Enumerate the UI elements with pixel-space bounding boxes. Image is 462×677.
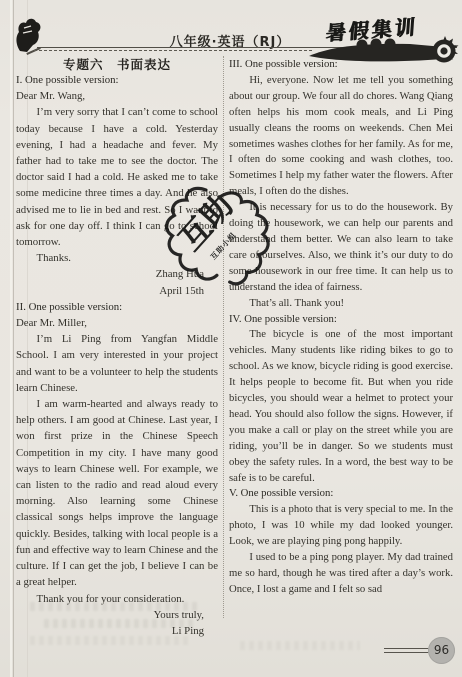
left-text-column: I. One possible version:Dear Mr. Wang,I’… xyxy=(16,72,218,639)
right-text-column: III. One possible version:Hi, everyone. … xyxy=(229,57,453,598)
salutation-block: Dear Mr. Wang, xyxy=(16,88,218,104)
page-number-rule xyxy=(384,648,431,653)
show-through-smudge xyxy=(44,619,194,628)
section-title: 专题六 书面表达 xyxy=(16,55,218,73)
paragraph-block: I’m Li Ping from Yangfan Middle School. … xyxy=(16,331,218,396)
paragraph-block: I used to be a ping pong player. My dad … xyxy=(229,550,453,598)
brand-logo: 暑假集训 xyxy=(308,10,460,58)
show-through-smudge xyxy=(240,641,360,650)
paragraph-block: This is a photo that is very special to … xyxy=(229,502,453,550)
heading-block: IV. One possible version: xyxy=(229,312,453,328)
show-through-smudge xyxy=(30,636,190,645)
header-dashed-rule xyxy=(34,50,312,51)
heading-block: V. One possible version: xyxy=(229,486,453,502)
page-edge-line xyxy=(13,0,14,677)
page-number-badge: 96 xyxy=(428,637,455,664)
paragraph-block: I am warm-hearted and always ready to he… xyxy=(16,396,218,590)
mutual-help-stamp: 互助 互助小组 xyxy=(165,181,271,295)
paragraph-block: The bicycle is one of the most important… xyxy=(229,327,453,486)
heading-block: I. One possible version: xyxy=(16,72,218,88)
page-edge-line xyxy=(10,0,12,677)
salutation-block: Dear Mr. Miller, xyxy=(16,315,218,331)
column-divider xyxy=(223,56,224,618)
heading-block: III. One possible version: xyxy=(229,57,453,73)
paragraph-block: That’s all. Thank you! xyxy=(229,296,453,312)
scanned-workbook-page: 八年级·英语（RJ） 暑假集训 专题六 书面表达 I. One poss xyxy=(0,0,462,677)
heading-block: II. One possible version: xyxy=(16,299,218,315)
show-through-smudge xyxy=(30,602,200,611)
